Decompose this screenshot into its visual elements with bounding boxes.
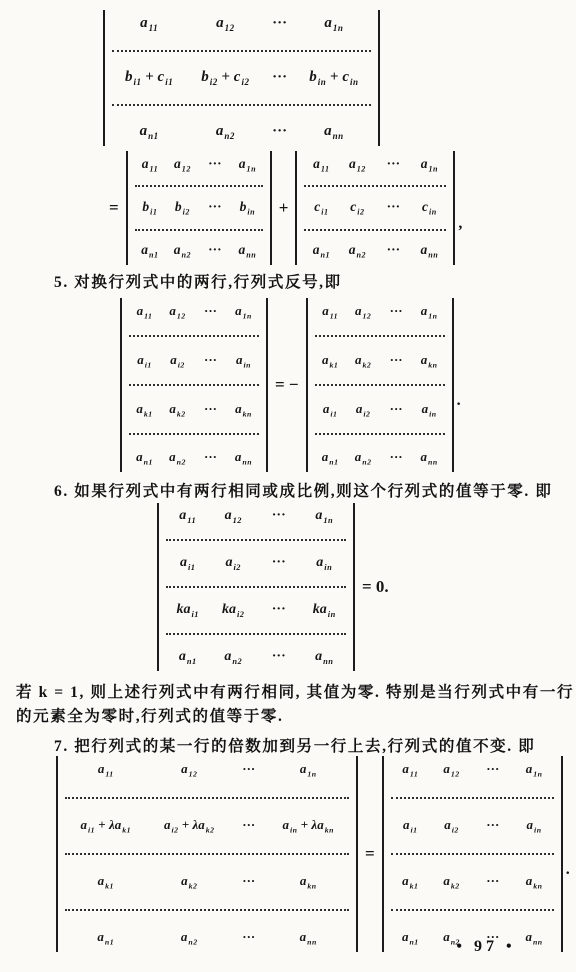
- matrix-row: an1an2···ann: [128, 449, 260, 467]
- matrix-cell: ai1: [137, 352, 152, 370]
- matrix-cell: ···: [242, 929, 255, 945]
- page-number: • 97 •: [428, 938, 544, 956]
- matrix-cell: a11: [313, 156, 329, 174]
- matrix-row: a11a12···a1n: [128, 303, 260, 321]
- matrix-cell: a1n: [421, 303, 438, 321]
- trailing-period: .: [454, 392, 461, 410]
- matrix-cell: ···: [272, 123, 287, 140]
- matrix-cell: ···: [272, 649, 286, 665]
- remark-line-1: 若 k = 1, 则上述行列式中有两行相同, 其值为零. 特别是当行列式中有一行: [16, 681, 574, 705]
- dotted-separator: [135, 229, 263, 231]
- equals-minus-sign: = −: [268, 375, 306, 395]
- matrix-cell: a12: [225, 508, 242, 525]
- matrix-row: ai1ai2···ain: [165, 555, 347, 572]
- matrix-row: ai1 + λak1ai2 + λak2···ain + λakn: [64, 817, 350, 835]
- matrix-cell: an2: [181, 929, 198, 947]
- dotted-separator: [315, 335, 445, 337]
- matrix-cell: ···: [242, 817, 255, 833]
- matrix-cell: ai1 + λak1: [80, 817, 131, 835]
- matrix-row: an1an2···ann: [165, 649, 347, 666]
- matrix-cell: ···: [390, 303, 403, 319]
- matrix-cell: ···: [272, 508, 286, 524]
- matrix-row: an1an2···ann: [111, 123, 372, 141]
- matrix-cell: akn: [300, 873, 317, 891]
- matrix-row: ai1ai2···ain: [128, 352, 260, 370]
- matrix-cell: ak2: [169, 401, 185, 419]
- matrix-cell: ···: [486, 817, 499, 833]
- matrix-row: ai1ai2···ain: [390, 817, 555, 835]
- matrix-cell: an1: [140, 123, 159, 141]
- matrix-cell: bi2 + ci2: [201, 69, 249, 87]
- matrix-cell: ain: [236, 352, 251, 370]
- matrix-cell: ci1: [314, 199, 328, 217]
- matrix-cell: ain + λakn: [282, 817, 333, 835]
- trailing-comma: ,: [455, 215, 462, 233]
- matrix-cell: ann: [235, 449, 252, 467]
- matrix-cell: ···: [272, 602, 286, 618]
- matrix-cell: ak1: [322, 352, 338, 370]
- matrix-cell: ann: [239, 242, 257, 260]
- property-7-text: 7. 把行列式的某一行的倍数加到另一行上去,行列式的值不变. 即: [54, 734, 535, 756]
- matrix-row: bi1bi2···bin: [134, 199, 264, 217]
- matrix-cell: a1n: [324, 15, 343, 33]
- matrix-cell: ···: [242, 873, 255, 889]
- matrix-cell: akn: [421, 352, 438, 370]
- matrix-cell: a1n: [421, 156, 438, 174]
- matrix-cell: kai1: [176, 602, 199, 619]
- determinant-original: a11a12···a1nai1ai2···ainak1ak2···aknan1a…: [382, 756, 563, 952]
- dotted-separator: [391, 909, 554, 911]
- dotted-separator: [135, 185, 263, 187]
- dotted-separator: [315, 384, 445, 386]
- dotted-separator: [166, 586, 346, 588]
- matrix-row: an1an2···ann: [314, 449, 446, 467]
- matrix-cell: ak2: [181, 873, 197, 891]
- matrix-row: a11a12···a1n: [64, 761, 350, 779]
- matrix-cell: a1n: [526, 761, 543, 779]
- matrix-cell: cin: [422, 199, 437, 217]
- matrix-cell: a11: [140, 15, 158, 33]
- dotted-separator: [112, 50, 371, 52]
- matrix-row: an1an2···ann: [64, 929, 350, 947]
- matrix-cell: an2: [224, 649, 242, 666]
- matrix-cell: bin + cin: [309, 69, 358, 87]
- matrix-cell: a12: [355, 303, 371, 321]
- matrix-cell: a11: [142, 156, 158, 174]
- equation-row-sum-expansion: = a11a12···a1nbi1bi2···binan1an2···ann +…: [102, 150, 462, 266]
- matrix-cell: ak2: [355, 352, 371, 370]
- matrix-cell: a1n: [300, 761, 317, 779]
- equals-sign: =: [102, 198, 126, 218]
- matrix-cell: an1: [313, 242, 330, 260]
- equals-sign-2: =: [358, 844, 382, 864]
- matrix-cell: a11: [137, 303, 153, 321]
- matrix-cell: a11: [322, 303, 338, 321]
- matrix-cell: ···: [387, 199, 401, 215]
- matrix-cell: ci2: [350, 199, 364, 217]
- matrix-cell: ···: [272, 69, 287, 86]
- matrix-row: ai1ai2···ain: [314, 401, 446, 419]
- matrix-cell: ann: [421, 449, 438, 467]
- dotted-separator: [65, 909, 349, 911]
- determinant-b-part: a11a12···a1nbi1bi2···binan1an2···ann: [126, 151, 272, 265]
- dotted-separator: [166, 633, 346, 635]
- plus-sign: +: [272, 198, 296, 218]
- matrix-cell: a11: [98, 761, 114, 779]
- matrix-cell: ai1: [403, 817, 418, 835]
- matrix-cell: ···: [242, 761, 255, 777]
- dotted-separator: [304, 185, 446, 187]
- determinant-c-part: a11a12···a1nci1ci2···cinan1an2···ann: [295, 151, 455, 265]
- dotted-separator: [391, 797, 554, 799]
- matrix-cell: an1: [179, 649, 197, 666]
- remark-line-2: 的元素全为零时,行列式的值等于零.: [16, 705, 574, 729]
- dotted-separator: [129, 335, 259, 337]
- matrix-cell: ai1: [180, 555, 196, 572]
- matrix-cell: ···: [486, 761, 499, 777]
- matrix-cell: ···: [204, 449, 217, 465]
- matrix-row: a11a12···a1n: [314, 303, 446, 321]
- matrix-cell: an1: [402, 929, 419, 947]
- matrix-cell: ···: [208, 156, 222, 172]
- equation-proportional-rows: a11a12···a1nai1ai2···ainkai1kai2···kaina…: [157, 502, 396, 672]
- matrix-row: kai1kai2···kain: [165, 602, 347, 619]
- matrix-cell: a12: [349, 156, 366, 174]
- trailing-period-2: .: [563, 861, 570, 879]
- matrix-cell: ak1: [136, 401, 152, 419]
- equation-row-swap: a11a12···a1nai1ai2···ainak1ak2···aknan1a…: [120, 297, 461, 473]
- dotted-separator: [304, 229, 446, 231]
- dotted-separator: [65, 853, 349, 855]
- matrix-cell: an1: [141, 242, 158, 260]
- remark-paragraph: 若 k = 1, 则上述行列式中有两行相同, 其值为零. 特别是当行列式中有一行…: [16, 681, 574, 729]
- matrix-cell: ···: [272, 15, 287, 32]
- matrix-cell: an2: [169, 449, 186, 467]
- matrix-row: ak1ak2···akn: [128, 401, 260, 419]
- matrix-cell: ann: [315, 649, 333, 666]
- matrix-row: an1an2···ann: [134, 242, 264, 260]
- matrix-cell: ai2: [444, 817, 459, 835]
- matrix-cell: a1n: [239, 156, 256, 174]
- matrix-cell: ···: [486, 873, 499, 889]
- matrix-cell: a11: [179, 508, 196, 525]
- matrix-cell: a12: [174, 156, 191, 174]
- dotted-separator: [315, 433, 445, 435]
- matrix-cell: ai2 + λak2: [164, 817, 215, 835]
- matrix-row: ak1ak2···akn: [64, 873, 350, 891]
- determinant-with-added-row: a11a12···a1nai1 + λak1ai2 + λak2···ain +…: [56, 756, 358, 952]
- matrix-row: a11a12···a1n: [111, 15, 372, 33]
- matrix-cell: ai1: [323, 401, 338, 419]
- determinant-after-swap: a11a12···a1nak1ak2···aknai1ai2···ainan1a…: [306, 298, 454, 472]
- matrix-row: ci1ci2···cin: [303, 199, 447, 217]
- matrix-cell: an2: [174, 242, 191, 260]
- matrix-row: a11a12···a1n: [390, 761, 555, 779]
- matrix-cell: an1: [97, 929, 114, 947]
- dotted-separator: [129, 384, 259, 386]
- matrix-cell: a12: [169, 303, 185, 321]
- matrix-cell: akn: [235, 401, 252, 419]
- matrix-row: a11a12···a1n: [134, 156, 264, 174]
- matrix-cell: ···: [387, 242, 401, 258]
- property-5-text: 5. 对换行列式中的两行,行列式反号,即: [54, 270, 342, 292]
- matrix-cell: an2: [216, 123, 235, 141]
- matrix-row: ak1ak2···akn: [390, 873, 555, 891]
- equals-zero: = 0.: [355, 577, 396, 597]
- matrix-cell: ain: [422, 401, 437, 419]
- matrix-cell: ain: [527, 817, 542, 835]
- matrix-cell: ···: [390, 352, 403, 368]
- matrix-cell: a1n: [315, 508, 333, 525]
- matrix-cell: ann: [324, 123, 344, 141]
- matrix-cell: ···: [387, 156, 401, 172]
- dotted-separator: [65, 797, 349, 799]
- matrix-cell: a11: [402, 761, 418, 779]
- matrix-cell: ···: [208, 199, 222, 215]
- determinant-row-sum: a11a12···a1nbi1 + ci1bi2 + ci2···bin + c…: [103, 10, 380, 146]
- matrix-cell: ai2: [356, 401, 371, 419]
- determinant-before-swap: a11a12···a1nai1ai2···ainak1ak2···aknan1a…: [120, 298, 268, 472]
- matrix-cell: a12: [181, 761, 197, 779]
- matrix-cell: ···: [204, 303, 217, 319]
- matrix-cell: ···: [390, 401, 403, 417]
- matrix-cell: akn: [526, 873, 543, 891]
- matrix-cell: bi1: [142, 199, 157, 217]
- matrix-row: an1an2···ann: [303, 242, 447, 260]
- matrix-cell: ain: [316, 555, 332, 572]
- matrix-cell: an1: [322, 449, 339, 467]
- matrix-cell: ai2: [170, 352, 185, 370]
- matrix-cell: kain: [313, 602, 336, 619]
- matrix-cell: ···: [208, 242, 222, 258]
- matrix-cell: bin: [240, 199, 256, 217]
- matrix-cell: a12: [216, 15, 235, 33]
- matrix-cell: ···: [272, 555, 286, 571]
- matrix-cell: ak1: [402, 873, 418, 891]
- equation-row-addition: a11a12···a1nai1 + λak1ai2 + λak2···ain +…: [56, 755, 570, 953]
- dotted-separator: [129, 433, 259, 435]
- dotted-separator: [391, 853, 554, 855]
- matrix-cell: ak2: [443, 873, 459, 891]
- matrix-cell: ···: [204, 352, 217, 368]
- matrix-row: a11a12···a1n: [165, 508, 347, 525]
- matrix-cell: ann: [300, 929, 317, 947]
- matrix-cell: a1n: [235, 303, 252, 321]
- matrix-cell: a12: [443, 761, 459, 779]
- matrix-cell: ai2: [225, 555, 241, 572]
- matrix-cell: kai2: [222, 602, 245, 619]
- property-6-text: 6. 如果行列式中有两行相同或成比例,则这个行列式的值等于零. 即: [54, 479, 552, 501]
- matrix-row: bi1 + ci1bi2 + ci2···bin + cin: [111, 69, 372, 87]
- matrix-row: ak1ak2···akn: [314, 352, 446, 370]
- matrix-row: a11a12···a1n: [303, 156, 447, 174]
- determinant-proportional: a11a12···a1nai1ai2···ainkai1kai2···kaina…: [157, 503, 355, 671]
- matrix-cell: bi2: [175, 199, 190, 217]
- matrix-cell: ···: [390, 449, 403, 465]
- matrix-cell: ann: [420, 242, 438, 260]
- matrix-cell: an2: [355, 449, 372, 467]
- matrix-cell: ···: [204, 401, 217, 417]
- matrix-cell: ak1: [98, 873, 114, 891]
- matrix-cell: an1: [136, 449, 153, 467]
- matrix-cell: bi1 + ci1: [125, 69, 173, 87]
- dotted-separator: [112, 104, 371, 106]
- dotted-separator: [166, 539, 346, 541]
- matrix-cell: an2: [349, 242, 366, 260]
